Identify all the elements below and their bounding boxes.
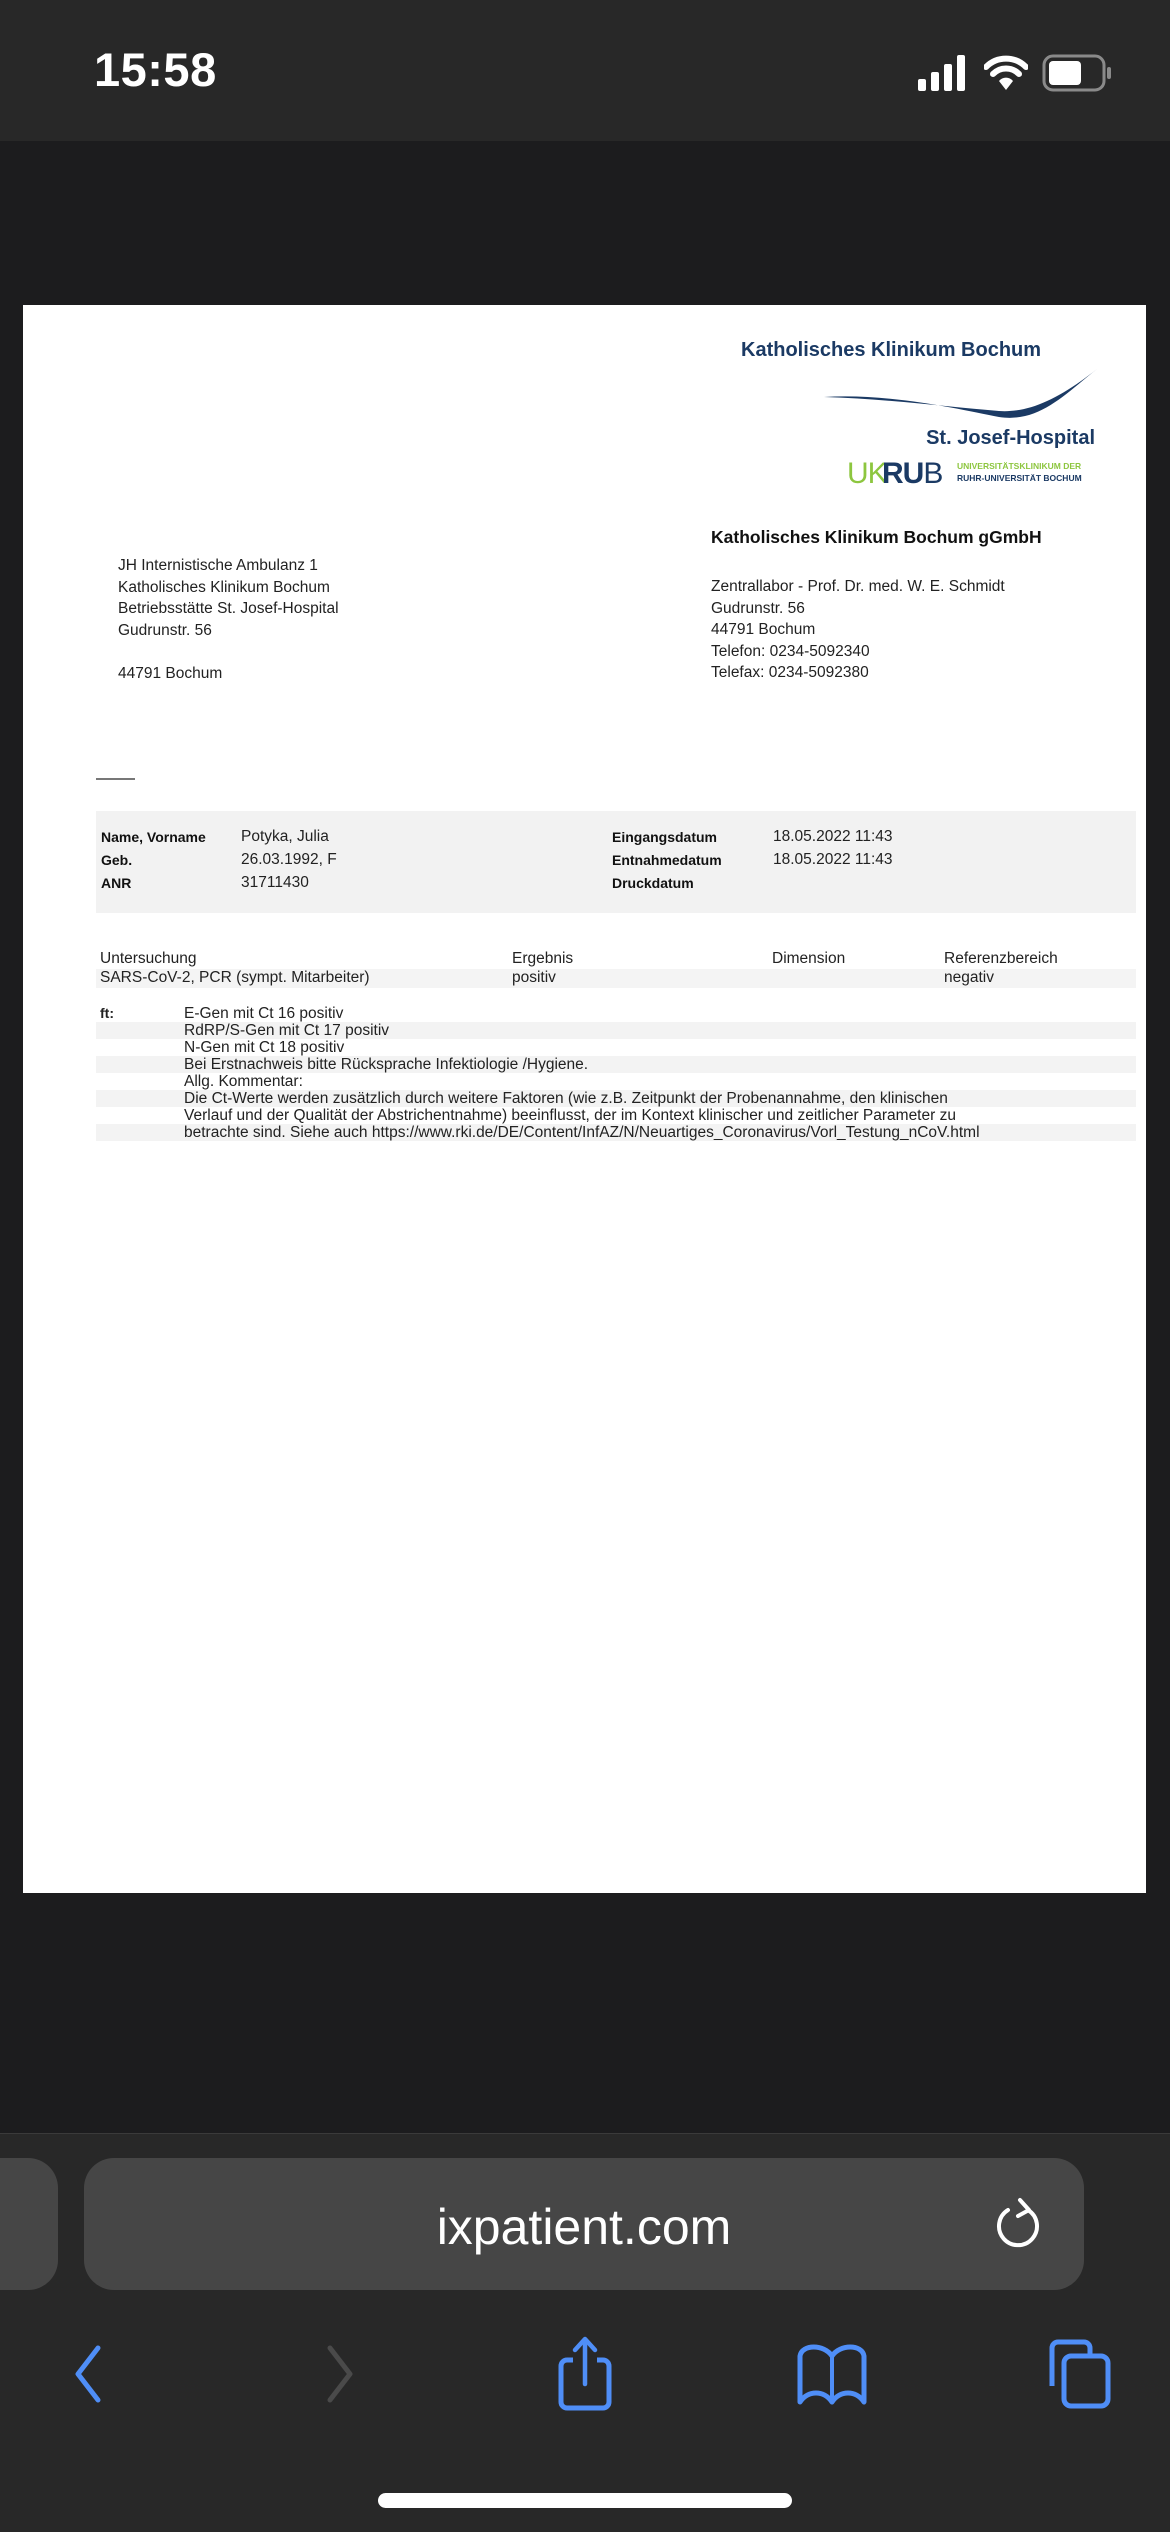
url-text[interactable]: ixpatient.com — [84, 2198, 1084, 2256]
comment-line: Bei Erstnachweis bitte Rücksprache Infek… — [96, 1056, 1136, 1073]
comment-line: Allg. Kommentar: — [96, 1073, 1136, 1090]
header-dimension: Dimension — [772, 950, 845, 968]
comment-line: N-Gen mit Ct 18 positiv — [96, 1039, 1136, 1056]
comment-text: E-Gen mit Ct 16 positiv — [184, 1005, 343, 1022]
comment-text: RdRP/S-Gen mit Ct 17 positiv — [184, 1022, 389, 1039]
forward-icon — [320, 2344, 360, 2404]
hospital-logo: Katholisches Klinikum Bochum St. Josef-H… — [719, 337, 1099, 497]
comment-text: Bei Erstnachweis bitte Rücksprache Infek… — [184, 1056, 588, 1073]
received-label: Eingangsdatum — [612, 829, 717, 845]
tabs-icon — [1042, 2338, 1114, 2410]
document-page: Katholisches Klinikum Bochum St. Josef-H… — [23, 305, 1146, 1893]
table-row: SARS-CoV-2, PCR (sympt. Mitarbeiter) pos… — [96, 969, 1136, 988]
home-indicator[interactable] — [378, 2493, 792, 2508]
comment-label: ft: — [100, 1005, 114, 1022]
share-button[interactable] — [545, 2334, 625, 2414]
bookmarks-icon — [794, 2342, 870, 2406]
header-examination: Untersuchung — [100, 950, 197, 968]
sender-line: Zentrallabor - Prof. Dr. med. W. E. Schm… — [711, 576, 1005, 598]
cell-result: positiv — [512, 969, 556, 987]
comment-line: RdRP/S-Gen mit Ct 17 positiv — [96, 1022, 1136, 1039]
divider — [96, 778, 135, 780]
printed-label: Druckdatum — [612, 875, 694, 891]
comment-text: Verlauf und der Qualität der Abstrichent… — [184, 1107, 956, 1124]
comments-section: ft: E-Gen mit Ct 16 positiv RdRP/S-Gen m… — [96, 1005, 1136, 1141]
recipient-line: Katholisches Klinikum Bochum — [118, 577, 339, 599]
header-reference: Referenzbereich — [944, 950, 1058, 968]
cell-examination: SARS-CoV-2, PCR (sympt. Mitarbeiter) — [100, 969, 370, 987]
recipient-line: Gudrunstr. 56 — [118, 620, 339, 642]
battery-icon — [1042, 54, 1112, 92]
name-value: Potyka, Julia — [241, 828, 329, 846]
comment-text: N-Gen mit Ct 18 positiv — [184, 1039, 344, 1056]
tabs-button[interactable] — [1038, 2334, 1118, 2414]
reload-icon[interactable] — [990, 2196, 1046, 2252]
received-value: 18.05.2022 11:43 — [773, 828, 893, 846]
logo-swoosh-icon — [719, 365, 1099, 425]
address-bar[interactable]: ixpatient.com — [84, 2158, 1084, 2290]
recipient-address: JH Internistische Ambulanz 1 Katholische… — [118, 555, 339, 684]
bookmarks-button[interactable] — [792, 2334, 872, 2414]
status-time: 15:58 — [94, 42, 217, 97]
back-icon — [68, 2344, 108, 2404]
cell-reference: negativ — [944, 969, 994, 987]
results-table: Untersuchung Ergebnis Dimension Referenz… — [96, 950, 1136, 988]
forward-button[interactable] — [300, 2334, 380, 2414]
cellular-signal-icon — [918, 55, 970, 91]
logo-uk: UK — [847, 457, 887, 491]
logo-rub-b: B — [923, 457, 942, 490]
recipient-line: JH Internistische Ambulanz 1 — [118, 555, 339, 577]
results-header-row: Untersuchung Ergebnis Dimension Referenz… — [96, 950, 1136, 969]
status-bar: 15:58 — [0, 0, 1170, 141]
back-button[interactable] — [48, 2334, 128, 2414]
sender-line: 44791 Bochum — [711, 619, 1005, 641]
anr-label: ANR — [101, 875, 131, 891]
logo-clinic-name: Katholisches Klinikum Bochum — [741, 339, 1041, 362]
recipient-line: 44791 Bochum — [118, 663, 339, 685]
name-label: Name, Vorname — [101, 829, 206, 845]
comment-line: ft: E-Gen mit Ct 16 positiv — [96, 1005, 1136, 1022]
recipient-line — [118, 641, 339, 663]
status-icons — [918, 54, 1112, 92]
comment-line: betrachte sind. Siehe auch https://www.r… — [96, 1124, 1136, 1141]
comment-text: Allg. Kommentar: — [184, 1073, 303, 1090]
document-viewer[interactable]: Katholisches Klinikum Bochum St. Josef-H… — [0, 141, 1170, 2133]
collected-label: Entnahmedatum — [612, 852, 722, 868]
comment-line: Die Ct-Werte werden zusätzlich durch wei… — [96, 1090, 1136, 1107]
logo-sub-line1: UNIVERSITÄTSKLINIKUM DER — [957, 460, 1082, 472]
logo-hospital-name: St. Josef-Hospital — [926, 427, 1095, 450]
comment-text[interactable]: betrachte sind. Siehe auch https://www.r… — [184, 1124, 980, 1141]
patient-info-box: Name, Vorname Potyka, Julia Geb. 26.03.1… — [96, 811, 1136, 913]
previous-tab-preview[interactable] — [0, 2158, 58, 2290]
collected-value: 18.05.2022 11:43 — [773, 851, 893, 869]
organization-title: Katholisches Klinikum Bochum gGmbH — [711, 527, 1042, 548]
share-icon — [553, 2336, 617, 2412]
wifi-icon — [984, 55, 1028, 91]
browser-toolbar: ixpatient.com — [0, 2133, 1170, 2532]
dob-value: 26.03.1992, F — [241, 851, 337, 869]
header-result: Ergebnis — [512, 950, 573, 968]
logo-university-text: UNIVERSITÄTSKLINIKUM DER RUHR-UNIVERSITÄ… — [957, 460, 1082, 484]
logo-rub: RUB — [882, 457, 942, 491]
sender-line: Telefax: 0234-5092380 — [711, 662, 1005, 684]
sender-line: Gudrunstr. 56 — [711, 598, 1005, 620]
logo-rub-ru: RU — [882, 457, 923, 490]
recipient-line: Betriebsstätte St. Josef-Hospital — [118, 598, 339, 620]
sender-line: Telefon: 0234-5092340 — [711, 641, 1005, 663]
comment-line: Verlauf und der Qualität der Abstrichent… — [96, 1107, 1136, 1124]
sender-address: Zentrallabor - Prof. Dr. med. W. E. Schm… — [711, 576, 1005, 684]
comment-text: Die Ct-Werte werden zusätzlich durch wei… — [184, 1090, 948, 1107]
dob-label: Geb. — [101, 852, 132, 868]
logo-sub-line2: RUHR-UNIVERSITÄT BOCHUM — [957, 472, 1082, 484]
anr-value: 31711430 — [241, 874, 309, 892]
